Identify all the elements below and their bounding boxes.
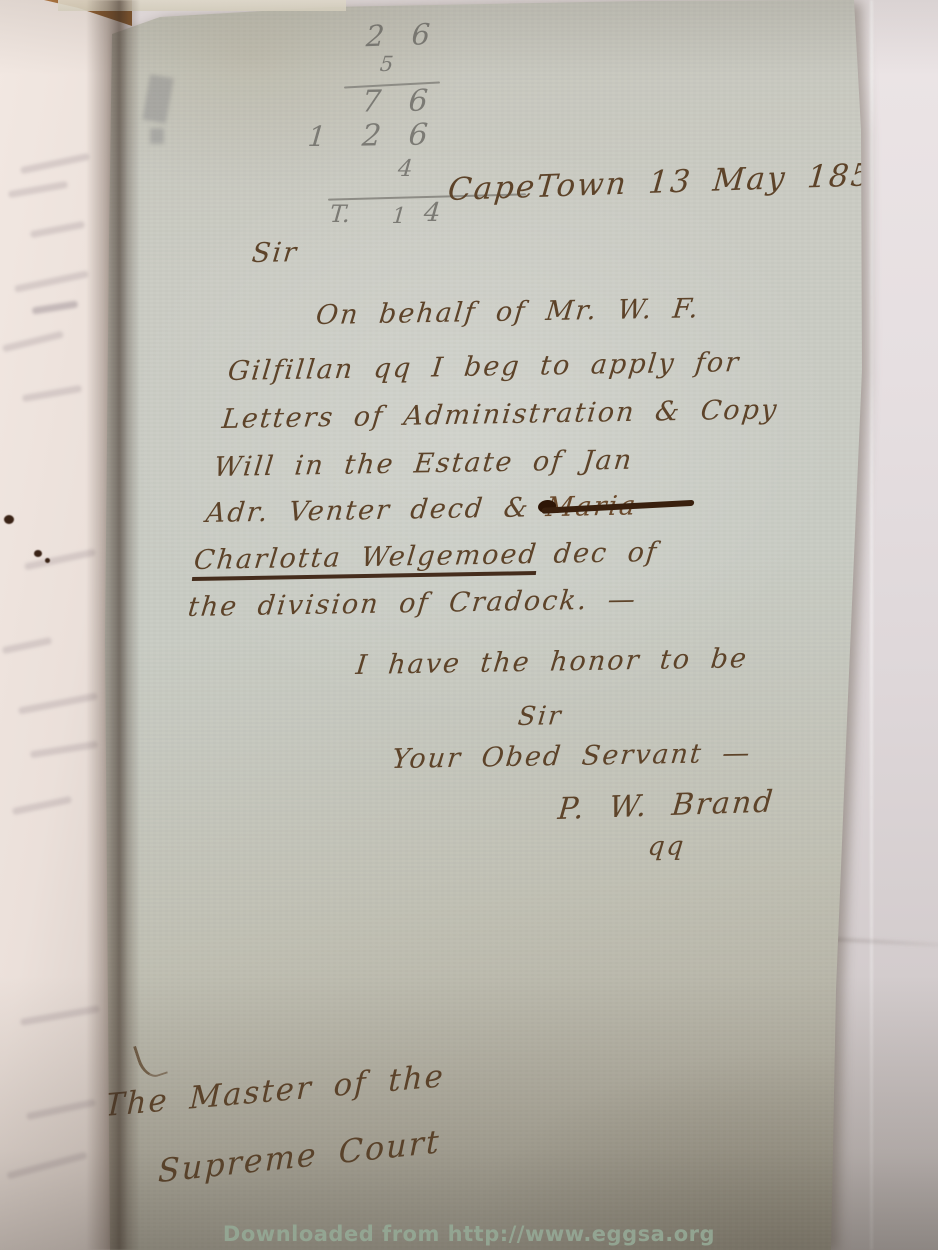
letter-body-line3: Letters of Administration & Copy [220,394,779,435]
letter-body-line7: the division of Cradock. — [186,584,638,623]
letter-body-line5: Adr. Venter decd &Maria [204,489,697,529]
letter-body-line6: Charlotta Welgemoeddec of [192,537,659,576]
struck-out-word: Maria [544,489,697,523]
archival-letter-photo: 2 6 5 7 6 1 2 6 4 T. 1 4 CapeTown 13 May… [0,0,938,1250]
letter-salutation: Sir [250,237,299,269]
letter-closing-line2: Sir [516,701,564,732]
addressee-line2: Supreme Court [158,1122,441,1190]
signature: P. W. Brand [556,784,776,827]
pencil-calc-row3: 7 6 [361,83,438,119]
pencil-total-label: T. [329,200,352,228]
letter-body-line4: Will in the Estate of Jan [212,445,634,483]
signature-qq: qq [646,831,686,862]
letter-page: 2 6 5 7 6 1 2 6 4 T. 1 4 CapeTown 13 May… [0,0,938,1250]
letter-page-wrap: 2 6 5 7 6 1 2 6 4 T. 1 4 CapeTown 13 May… [0,0,938,1250]
letter-closing-line3: Your Obed Servant — [390,738,753,775]
pencil-calc-row4-carry: 1 [307,120,328,153]
ink-flourish [133,1039,168,1081]
pencil-calc-row5: 4 [397,156,414,182]
underlined-names: Charlotta Welgemoed [192,539,540,581]
gray-smudge [150,128,164,144]
letter-body-line1: On behalf of Mr. W. F. [314,293,701,331]
letter-dateline: CapeTown 13 May 1850 [446,156,895,208]
pencil-calc-row4: 2 6 [361,117,438,153]
pencil-total-right: 4 [423,198,442,228]
line5-text: Adr. Venter decd & [204,492,531,529]
gray-smudge [142,74,174,123]
watermark-text: Downloaded from http://www.eggsa.org [223,1222,715,1246]
page-top-edge-highlight [58,0,346,11]
pencil-calc-row2: 5 [379,52,394,76]
letter-body-line2: Gilfillan qq I beg to apply for [226,347,741,387]
line6-rest: dec of [552,537,659,570]
letter-closing-line1: I have the honor to be [354,643,749,681]
pencil-total-mid: 1 [391,204,407,229]
pencil-calc-row1: 2 6 [365,17,440,54]
